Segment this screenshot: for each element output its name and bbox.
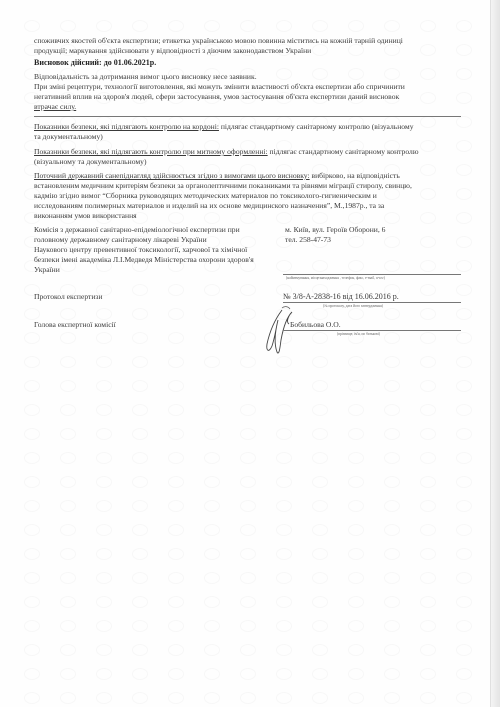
commission-line: Комісія з державної санітарно-епідеміоло… <box>34 225 274 235</box>
supervision-line: исследованиям полимерных материалов и из… <box>34 201 464 211</box>
address-caption: (найменування, місцезнаходження , телефо… <box>286 276 385 281</box>
responsibility-line: негативний вплив на здоров'я людей, сфер… <box>34 92 464 102</box>
supervision-paragraph: Поточний державний санепіднагляд здійсню… <box>34 171 464 221</box>
intro-paragraph: споживчих якостей об'єкта експертизи; ет… <box>34 36 464 56</box>
customs-control-paragraph: Показники безпеки, які підлягають контро… <box>34 147 464 167</box>
head-name: Бобильова О.О. <box>290 320 341 330</box>
border-control-text-2: та документальному) <box>34 132 464 142</box>
head-label: Голова експертної комісії <box>34 320 116 330</box>
validity-statement: Висновок дійсний: до 01.06.2021р. <box>34 58 464 68</box>
border-control-text: підлягає стандартному санітарному контро… <box>219 122 414 131</box>
responsibility-line: втрачає силу. <box>34 102 464 112</box>
intro-line: продукції; маркування здійснювати у відп… <box>34 46 464 56</box>
supervision-line: кадмію згідно вимог “Сборника руководящи… <box>34 191 464 201</box>
supervision-line: встановленим медичним критеріям безпеки … <box>34 181 464 191</box>
section-divider <box>34 116 461 117</box>
page-edge <box>490 0 500 707</box>
customs-control-label: Показники безпеки, які підлягають контро… <box>34 147 268 156</box>
head-caption: (прізвище, ім'я, по батькові) <box>337 332 380 337</box>
protocol-label: Протокол експертизи <box>34 292 103 302</box>
commission-line: Наукового центру превентивної токсиколог… <box>34 245 274 255</box>
commission-line: України <box>34 265 274 275</box>
responsibility-line: При зміні рецептури, технології виготовл… <box>34 82 464 92</box>
address-underline <box>283 274 461 275</box>
signature-icon <box>262 304 298 359</box>
address-text: м. Київ, вул. Героїв Оборони, 6 <box>285 225 455 235</box>
border-control-label: Показники безпеки, які підлягають контро… <box>34 122 219 131</box>
intro-line: споживчих якостей об'єкта експертизи; ет… <box>34 36 464 46</box>
commission-block: Комісія з державної санітарно-епідеміоло… <box>34 225 274 275</box>
supervision-line: виконанням умов використання <box>34 211 464 221</box>
customs-control-text: підлягає стандартному санітарному контро… <box>268 147 419 156</box>
commission-line: головному державному санітарному лікарев… <box>34 235 274 245</box>
head-underline <box>283 330 461 331</box>
commission-line: безпеки імені академіка Л.І.Медведя Міні… <box>34 255 274 265</box>
protocol-underline <box>283 302 461 303</box>
customs-control-text-2: (візуальному та документальному) <box>34 157 464 167</box>
border-control-paragraph: Показники безпеки, які підлягають контро… <box>34 122 464 142</box>
responsibility-line: Відповідальність за дотримання вимог цьо… <box>34 72 464 82</box>
responsibility-paragraph: Відповідальність за дотримання вимог цьо… <box>34 72 464 112</box>
protocol-value: № 3/8-А-2838-16 від 16.06.2016 р. <box>283 292 399 302</box>
commission-address: м. Київ, вул. Героїв Оборони, 6 тел. 258… <box>285 225 455 245</box>
phone-text: тел. 258-47-73 <box>285 235 455 245</box>
protocol-caption: (№ протоколу, дата його затвердження) <box>323 304 383 309</box>
document-page: споживчих якостей об'єкта експертизи; ет… <box>0 0 500 707</box>
supervision-label: Поточний державний санепіднагляд здійсню… <box>34 171 310 180</box>
supervision-text: вибірково, на відповідність <box>310 171 400 180</box>
